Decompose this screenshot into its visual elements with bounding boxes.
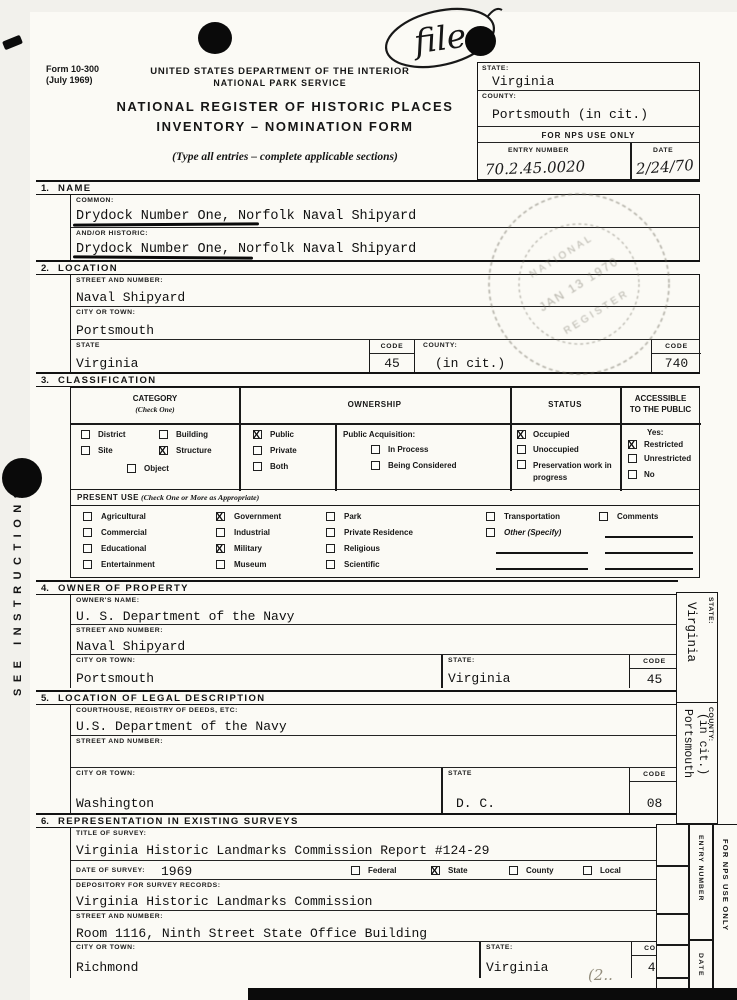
scan-bottom-bar bbox=[248, 988, 737, 1000]
punch-hole bbox=[2, 458, 42, 498]
checkbox-other[interactable] bbox=[486, 528, 495, 537]
checkbox-federal[interactable] bbox=[351, 866, 360, 875]
sidebar-entry-label: ENTRY NUMBER bbox=[697, 835, 704, 901]
checkbox-being-considered-label: Being Considered bbox=[388, 461, 456, 470]
checkbox-building-label: Building bbox=[176, 430, 208, 439]
entry-number-value: 70.2.45.0020 bbox=[485, 157, 586, 178]
owner-street-value: Naval Shipyard bbox=[76, 639, 185, 654]
owner-code-header: CODE bbox=[630, 655, 679, 669]
checkbox-building[interactable] bbox=[159, 430, 168, 439]
sidebar-state-value: Virginia bbox=[684, 602, 698, 662]
checkbox-preservation-label: Preservation work in progress bbox=[533, 460, 617, 484]
owner-city-label: CITY OR TOWN: bbox=[76, 657, 135, 664]
section-1-title: NAME bbox=[58, 183, 92, 194]
checkbox-district-label: District bbox=[98, 430, 126, 439]
checkbox-entertainment-label: Entertainment bbox=[101, 560, 155, 569]
survey-date-label: DATE OF SURVEY: bbox=[76, 867, 145, 874]
divider bbox=[657, 865, 690, 867]
divider bbox=[630, 143, 632, 181]
category-header: CATEGORY bbox=[71, 394, 239, 403]
legal-code-value: 08 bbox=[630, 796, 679, 811]
checkbox-state[interactable] bbox=[431, 866, 440, 875]
section-2-title: LOCATION bbox=[58, 263, 118, 274]
nps-county-row: COUNTY: Portsmouth (in cit.) bbox=[478, 91, 699, 127]
checkbox-government-label: Government bbox=[234, 512, 281, 521]
checkbox-park-label: Park bbox=[344, 512, 361, 521]
pen-tail bbox=[488, 9, 502, 16]
section-5-bar: 5. LOCATION OF LEGAL DESCRIPTION bbox=[36, 690, 678, 705]
survey-state-label: STATE: bbox=[486, 944, 513, 951]
checkbox-entertainment[interactable] bbox=[83, 560, 92, 569]
section-5-title: LOCATION OF LEGAL DESCRIPTION bbox=[58, 693, 266, 704]
survey-street-value: Room 1116, Ninth Street State Office Bui… bbox=[76, 926, 427, 941]
owner-code-value: 45 bbox=[630, 672, 679, 687]
depository-value: Virginia Historic Landmarks Commission bbox=[76, 894, 372, 909]
checkbox-unoccupied-label: Unoccupied bbox=[533, 445, 579, 454]
courthouse-value: U.S. Department of the Navy bbox=[76, 719, 287, 734]
blank-line bbox=[605, 552, 693, 554]
divider bbox=[620, 388, 622, 491]
date-value: 2/24/70 bbox=[635, 156, 694, 178]
present-use-subheader: (Check One or More as Appropriate) bbox=[141, 493, 259, 502]
present-use-body: Agricultural Commercial Educational Ente… bbox=[70, 506, 700, 578]
blank-line bbox=[605, 536, 693, 538]
checkbox-scientific-label: Scientific bbox=[344, 560, 380, 569]
checkbox-structure-label: Structure bbox=[176, 446, 212, 455]
classification-table: CATEGORY (Check One) OWNERSHIP STATUS AC… bbox=[70, 387, 700, 490]
checkbox-site[interactable] bbox=[81, 446, 90, 455]
checkbox-transportation-label: Transportation bbox=[504, 512, 560, 521]
nps-county-label: COUNTY: bbox=[482, 93, 516, 100]
form-number: Form 10-300 bbox=[46, 64, 99, 75]
acquisition-label: Public Acquisition: bbox=[343, 430, 415, 439]
checkbox-other-label: Other (Specify) bbox=[504, 528, 561, 537]
checkbox-agricultural[interactable] bbox=[83, 512, 92, 521]
street-label: STREET AND NUMBER: bbox=[76, 277, 163, 284]
form-title-1: NATIONAL REGISTER OF HISTORIC PLACES bbox=[65, 99, 505, 114]
checkbox-federal-label: Federal bbox=[368, 866, 396, 875]
county-label: COUNTY: bbox=[423, 342, 457, 349]
section-4-number: 4. bbox=[41, 583, 49, 594]
survey-title-value: Virginia Historic Landmarks Commission R… bbox=[76, 843, 489, 858]
checkbox-local-label: Local bbox=[600, 866, 621, 875]
owner-code-box: CODE 45 bbox=[629, 655, 679, 688]
nps-use-box: STATE: Virginia COUNTY: Portsmouth (in c… bbox=[477, 62, 700, 180]
checkbox-both[interactable] bbox=[253, 462, 262, 471]
divider bbox=[441, 768, 443, 813]
sidebar-nps-strip: FOR NPS USE ONLY bbox=[713, 824, 737, 1000]
section-3-number: 3. bbox=[41, 375, 49, 386]
nps-county-value: Portsmouth (in cit.) bbox=[492, 107, 648, 122]
divider bbox=[657, 944, 690, 946]
legal-street-row: STREET AND NUMBER: bbox=[71, 736, 677, 768]
owner-name-label: OWNER'S NAME: bbox=[76, 597, 140, 604]
checkbox-private-label: Private bbox=[270, 446, 297, 455]
checkbox-object-label: Object bbox=[144, 464, 169, 473]
checkbox-preservation[interactable] bbox=[517, 460, 526, 469]
survey-city-value: Richmond bbox=[76, 960, 138, 975]
owner-street-label: STREET AND NUMBER: bbox=[76, 627, 163, 634]
checkbox-museum[interactable] bbox=[216, 560, 225, 569]
section-6-title: REPRESENTATION IN EXISTING SURVEYS bbox=[58, 816, 299, 827]
punch-hole bbox=[465, 26, 496, 56]
checkbox-commercial-label: Commercial bbox=[101, 528, 147, 537]
checkbox-site-label: Site bbox=[98, 446, 113, 455]
see-instructions-note: SEE INSTRUCTIONS bbox=[12, 388, 24, 696]
checkbox-local[interactable] bbox=[583, 866, 592, 875]
checkbox-occupied[interactable] bbox=[517, 430, 526, 439]
survey-city-row: CITY OR TOWN: Richmond STATE: Virginia C… bbox=[71, 942, 677, 978]
city-value: Portsmouth bbox=[76, 323, 154, 338]
sidebar-date-label: DATE bbox=[697, 953, 704, 977]
checkbox-in-process[interactable] bbox=[371, 445, 380, 454]
legal-state-label: STATE bbox=[448, 770, 472, 777]
checkbox-commercial[interactable] bbox=[83, 528, 92, 537]
checkbox-military[interactable] bbox=[216, 544, 225, 553]
divider bbox=[657, 913, 690, 915]
state-code-box: CODE 45 bbox=[369, 340, 415, 372]
form-revision: (July 1969) bbox=[46, 75, 99, 86]
checkbox-industrial-label: Industrial bbox=[234, 528, 270, 537]
checkbox-county-label: County bbox=[526, 866, 554, 875]
section-6-number: 6. bbox=[41, 816, 49, 827]
street-value: Naval Shipyard bbox=[76, 290, 185, 305]
status-header: STATUS bbox=[510, 400, 620, 409]
checkbox-restricted-label: Restricted bbox=[644, 440, 683, 449]
present-use-header: PRESENT USE bbox=[77, 493, 139, 502]
divider bbox=[441, 655, 443, 688]
state-code-value: 45 bbox=[370, 356, 414, 371]
legal-city-row: CITY OR TOWN: Washington STATE D. C. COD… bbox=[71, 768, 677, 813]
section-4-title: OWNER OF PROPERTY bbox=[58, 583, 189, 594]
sidebar-county-value-1: Portsmouth bbox=[681, 709, 694, 778]
courthouse-row: COURTHOUSE, REGISTRY OF DEEDS, ETC: U.S.… bbox=[71, 705, 677, 736]
owner-street-row: STREET AND NUMBER: Naval Shipyard bbox=[71, 625, 677, 655]
section-5-number: 5. bbox=[41, 693, 49, 704]
checkbox-occupied-label: Occupied bbox=[533, 430, 569, 439]
sidebar-county-value-2: (in cit.) bbox=[696, 713, 709, 775]
checkbox-unrestricted-label: Unrestricted bbox=[644, 454, 691, 463]
sidebar-entry-strip: ENTRY NUMBER bbox=[689, 824, 713, 940]
scan-top-edge bbox=[0, 0, 737, 12]
checkbox-educational[interactable] bbox=[83, 544, 92, 553]
sidebar-county-box: COUNTY: Portsmouth (in cit.) bbox=[676, 702, 718, 824]
owner-state-value: Virginia bbox=[448, 671, 510, 686]
depository-label: DEPOSITORY FOR SURVEY RECORDS: bbox=[76, 882, 221, 889]
divider bbox=[71, 423, 701, 425]
checkbox-comments[interactable] bbox=[599, 512, 608, 521]
owner-state-label: STATE: bbox=[448, 657, 475, 664]
legal-state-value: D. C. bbox=[456, 796, 495, 811]
checkbox-park[interactable] bbox=[326, 512, 335, 521]
checkbox-restricted[interactable] bbox=[628, 440, 637, 449]
checkbox-in-process-label: In Process bbox=[388, 445, 428, 454]
survey-street-row: STREET AND NUMBER: Room 1116, Ninth Stre… bbox=[71, 911, 677, 942]
legal-city-label: CITY OR TOWN: bbox=[76, 770, 135, 777]
accessible-yes-label: Yes: bbox=[647, 428, 663, 437]
section-2-number: 2. bbox=[41, 263, 49, 274]
section-6-bar: 6. REPRESENTATION IN EXISTING SURVEYS bbox=[36, 813, 678, 828]
divider bbox=[657, 977, 690, 979]
checkbox-transportation[interactable] bbox=[486, 512, 495, 521]
checkbox-industrial[interactable] bbox=[216, 528, 225, 537]
checkbox-both-label: Both bbox=[270, 462, 288, 471]
type-note: (Type all entries – complete applicable … bbox=[65, 151, 505, 163]
survey-date-value: 1969 bbox=[161, 864, 192, 879]
nps-use-only-label: FOR NPS USE ONLY bbox=[478, 127, 699, 143]
checkbox-private-residence[interactable] bbox=[326, 528, 335, 537]
checkbox-county[interactable] bbox=[509, 866, 518, 875]
checkbox-public[interactable] bbox=[253, 430, 262, 439]
sidebar-state-label: STATE: bbox=[707, 597, 714, 624]
sidebar-state-box: STATE: Virginia bbox=[676, 592, 718, 704]
checkbox-educational-label: Educational bbox=[101, 544, 146, 553]
form-number-block: Form 10-300 (July 1969) bbox=[46, 64, 99, 87]
bottom-note: (2.. bbox=[588, 966, 613, 984]
checkbox-military-label: Military bbox=[234, 544, 262, 553]
checkbox-agricultural-label: Agricultural bbox=[101, 512, 146, 521]
owner-name-value: U. S. Department of the Navy bbox=[76, 609, 294, 624]
section-5-fields: COURTHOUSE, REGISTRY OF DEEDS, ETC: U.S.… bbox=[70, 705, 678, 813]
checkbox-religious[interactable] bbox=[326, 544, 335, 553]
state-value: Virginia bbox=[76, 356, 138, 371]
checkbox-unrestricted[interactable] bbox=[628, 454, 637, 463]
legal-code-header: CODE bbox=[630, 768, 679, 782]
checkbox-private-residence-label: Private Residence bbox=[344, 528, 413, 537]
owner-city-row: CITY OR TOWN: Portsmouth STATE: Virginia… bbox=[71, 655, 677, 688]
blank-line bbox=[496, 568, 588, 570]
courthouse-label: COURTHOUSE, REGISTRY OF DEEDS, ETC: bbox=[76, 707, 238, 714]
historic-name-label: AND/OR HISTORIC: bbox=[76, 230, 148, 237]
survey-title-label: TITLE OF SURVEY: bbox=[76, 830, 146, 837]
checkbox-object[interactable] bbox=[127, 464, 136, 473]
divider bbox=[335, 423, 337, 491]
checkbox-district[interactable] bbox=[81, 430, 90, 439]
checkbox-private[interactable] bbox=[253, 446, 262, 455]
city-label: CITY OR TOWN: bbox=[76, 309, 135, 316]
nps-state-row: STATE: Virginia bbox=[478, 63, 699, 91]
checkbox-structure[interactable] bbox=[159, 446, 168, 455]
section-3-title: CLASSIFICATION bbox=[58, 375, 157, 386]
date-label: DATE bbox=[653, 147, 673, 154]
nps-entry-header-row: ENTRY NUMBER DATE bbox=[478, 143, 699, 157]
common-name-label: COMMON: bbox=[76, 197, 114, 204]
dept-line-2: NATIONAL PARK SERVICE bbox=[110, 78, 450, 88]
section-4-fields: OWNER'S NAME: U. S. Department of the Na… bbox=[70, 595, 678, 688]
stamp-text-group: NATIONAL JAN 13 1970 REGISTER bbox=[520, 228, 638, 342]
survey-state-value: Virginia bbox=[486, 960, 548, 975]
file-text: file bbox=[409, 16, 469, 62]
owner-name-row: OWNER'S NAME: U. S. Department of the Na… bbox=[71, 595, 677, 625]
entry-number-label: ENTRY NUMBER bbox=[508, 147, 569, 154]
form-title-block: NATIONAL REGISTER OF HISTORIC PLACES INV… bbox=[65, 99, 505, 134]
blank-line bbox=[496, 552, 588, 554]
checkbox-comments-label: Comments bbox=[617, 512, 658, 521]
state-code-header: CODE bbox=[370, 340, 414, 354]
section-4-bar: 4. OWNER OF PROPERTY bbox=[36, 580, 678, 595]
ownership-header: OWNERSHIP bbox=[239, 400, 510, 409]
checkbox-government[interactable] bbox=[216, 512, 225, 521]
checkbox-public-label: Public bbox=[270, 430, 294, 439]
form-title-2: INVENTORY – NOMINATION FORM bbox=[65, 119, 505, 134]
section-6-fields: TITLE OF SURVEY: Virginia Historic Landm… bbox=[70, 828, 678, 978]
checkbox-state-label: State bbox=[448, 866, 468, 875]
sidebar-spare-strip bbox=[656, 824, 689, 1000]
state-label: STATE bbox=[76, 342, 100, 349]
survey-city-label: CITY OR TOWN: bbox=[76, 944, 135, 951]
blank-line bbox=[605, 568, 693, 570]
accessible-header-1: ACCESSIBLE bbox=[620, 394, 701, 403]
received-stamp: NATIONAL JAN 13 1970 REGISTER bbox=[483, 188, 675, 380]
hand-underline bbox=[73, 222, 259, 227]
section-1-number: 1. bbox=[41, 183, 49, 194]
legal-city-value: Washington bbox=[76, 796, 154, 811]
checkbox-no-label: No bbox=[644, 470, 655, 479]
depository-row: DEPOSITORY FOR SURVEY RECORDS: Virginia … bbox=[71, 880, 677, 911]
divider bbox=[479, 942, 481, 978]
survey-street-label: STREET AND NUMBER: bbox=[76, 913, 163, 920]
legal-street-label: STREET AND NUMBER: bbox=[76, 738, 163, 745]
nps-state-value: Virginia bbox=[492, 74, 554, 89]
checkbox-being-considered[interactable] bbox=[371, 461, 380, 470]
sidebar-nps-only-label: FOR NPS USE ONLY bbox=[721, 839, 730, 931]
checkbox-religious-label: Religious bbox=[344, 544, 380, 553]
punch-hole bbox=[198, 22, 232, 54]
accessible-header-2: TO THE PUBLIC bbox=[620, 405, 701, 414]
checkbox-scientific[interactable] bbox=[326, 560, 335, 569]
survey-title-row: TITLE OF SURVEY: Virginia Historic Landm… bbox=[71, 828, 677, 861]
legal-code-box: CODE 08 bbox=[629, 768, 679, 813]
survey-date-row: DATE OF SURVEY: 1969 Federal State Count… bbox=[71, 861, 677, 880]
checkbox-museum-label: Museum bbox=[234, 560, 266, 569]
checkbox-no[interactable] bbox=[628, 470, 637, 479]
category-subheader: (Check One) bbox=[71, 405, 239, 414]
present-use-band: PRESENT USE (Check One or More as Approp… bbox=[70, 490, 700, 506]
checkbox-unoccupied[interactable] bbox=[517, 445, 526, 454]
owner-city-value: Portsmouth bbox=[76, 671, 154, 686]
